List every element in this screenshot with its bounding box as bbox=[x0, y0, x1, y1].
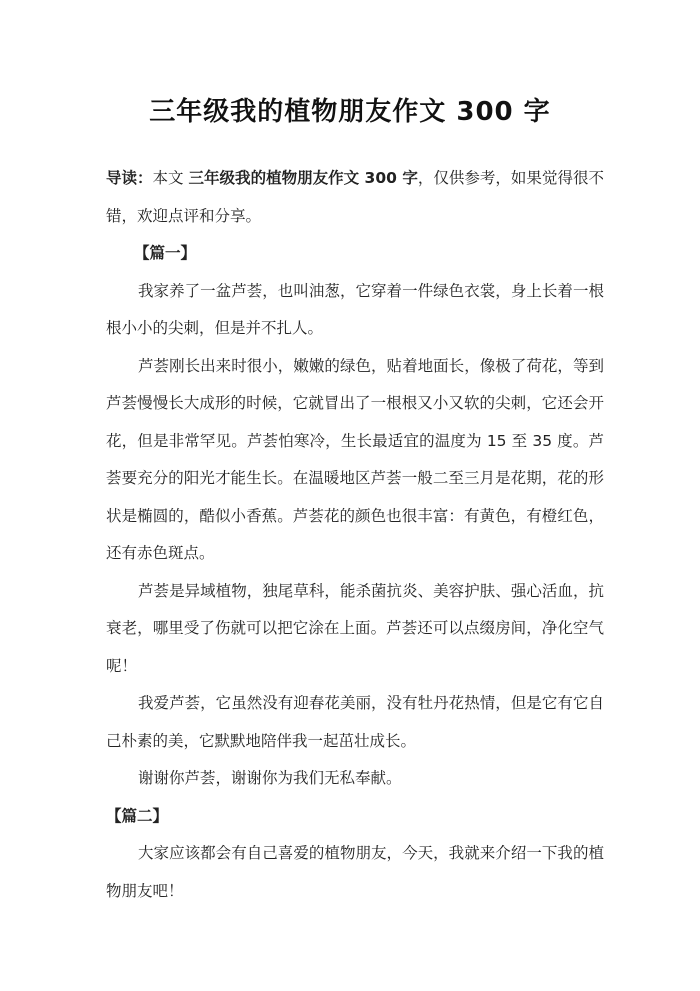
paragraph: 谢谢你芦荟，谢谢你为我们无私奉献。 bbox=[106, 760, 604, 798]
paragraph: 大家应该都会有自己喜爱的植物朋友，今天，我就来介绍一下我的植物朋友吧！ bbox=[106, 835, 604, 910]
paragraph: 我家养了一盆芦荟，也叫油葱，它穿着一件绿色衣裳，身上长着一根根小小的尖刺，但是并… bbox=[106, 273, 604, 348]
lead-prefix: 本文 bbox=[153, 169, 189, 187]
lead-paragraph: 导读：本文 三年级我的植物朋友作文 300 字，仅供参考，如果觉得很不错，欢迎点… bbox=[106, 160, 604, 235]
document-page: 三年级我的植物朋友作文 300 字 导读：本文 三年级我的植物朋友作文 300 … bbox=[0, 0, 700, 991]
section-heading-2: 【篇二】 bbox=[106, 798, 604, 836]
paragraph: 芦荟刚长出来时很小，嫩嫩的绿色，贴着地面长，像极了荷花，等到芦荟慢慢长大成形的时… bbox=[106, 348, 604, 573]
document-body: 导读：本文 三年级我的植物朋友作文 300 字，仅供参考，如果觉得很不错，欢迎点… bbox=[106, 160, 604, 910]
lead-label: 导读： bbox=[106, 169, 153, 187]
lead-highlight: 三年级我的植物朋友作文 300 字 bbox=[189, 169, 418, 187]
paragraph: 我爱芦荟，它虽然没有迎春花美丽，没有牡丹花热情，但是它有它自己朴素的美，它默默地… bbox=[106, 685, 604, 760]
document-title: 三年级我的植物朋友作文 300 字 bbox=[0, 92, 700, 132]
paragraph: 芦荟是异域植物，独尾草科，能杀菌抗炎、美容护肤、强心活血，抗衰老，哪里受了伤就可… bbox=[106, 573, 604, 686]
section-heading-1: 【篇一】 bbox=[106, 235, 604, 273]
